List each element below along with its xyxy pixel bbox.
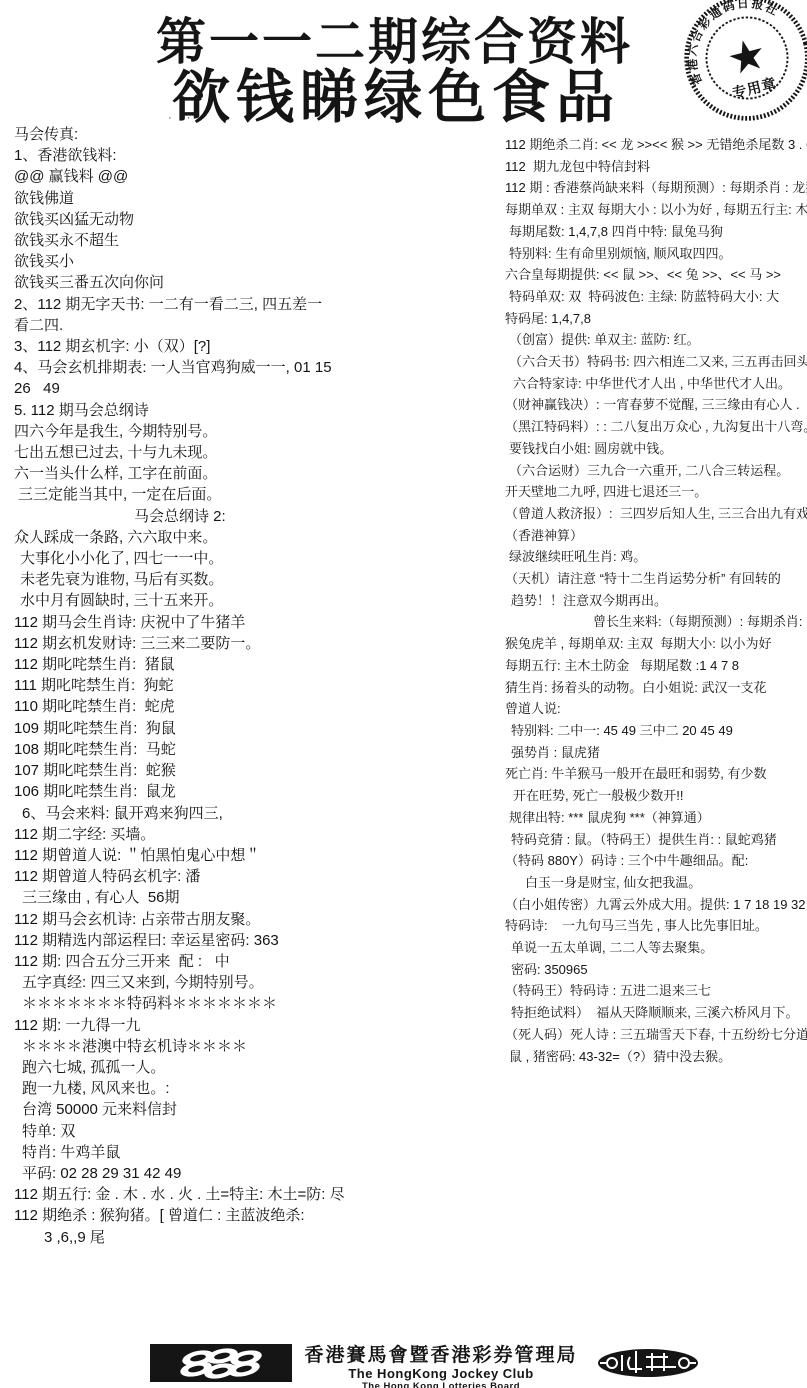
text-line: 111 期叱咤禁生肖: 狗蛇 (14, 675, 496, 696)
text-line: （黑江特码料）: : 二八复出万众心 , 九沟复出十八弯。 (505, 416, 805, 438)
text-line: 3 ,6,,9 尾 (14, 1227, 496, 1248)
text-line: （财神赢钱决）: 一宵春萝不觉醒, 三三缘由有心人 . (505, 394, 805, 416)
text-line: 特码单双: 双 特码波色: 主绿: 防蓝特码大小: 大 (505, 286, 805, 308)
text-line: 108 期叱咤禁生肖: 马蛇 (14, 739, 496, 760)
text-line: 112 期精选内部运程曰: 幸运星密码: 363 (14, 930, 496, 951)
scan-noise-dots: · · (168, 112, 196, 124)
text-line: 112 期绝杀二肖: << 龙 >><< 猴 >> 无错绝杀尾数 3 . 6 (505, 134, 805, 156)
text-line: 特拒绝试料） 福从天降顺顺来, 三溪六桥风月下。 (505, 1002, 805, 1024)
text-line: 欲钱买永不超生 (14, 230, 496, 251)
text-line: 大事化小小化了, 四七一一中。 (14, 548, 496, 569)
text-line: 三三缘由 , 有心人 56期 (14, 887, 496, 908)
text-line: 三三定能当其中, 一定在后面。 (14, 484, 496, 505)
text-line: 1、香港欲钱料: (14, 145, 496, 166)
left-column: 马会传真:1、香港欲钱料:@@ 赢钱料 @@欲钱佛道欲钱买凶猛无动物欲钱买永不超… (14, 124, 496, 1248)
text-line: 112 期五行: 金 . 木 . 水 . 火 . 土=特主: 木土=防: 尽 (14, 1184, 496, 1205)
text-line: 欲钱买凶猛无动物 (14, 209, 496, 230)
text-line: 未老先衰为谁物, 马后有买数。 (14, 569, 496, 590)
text-line: 每期五行: 主木土防金 每期尾数 :1 4 7 8 (505, 655, 805, 677)
text-line: 七出五想已过去, 十与九未现。 (14, 442, 496, 463)
text-line: 112 期曾道人说: ＂怕黑怕鬼心中想＂ (14, 845, 496, 866)
seal-stamp-icon: 香港六合彩通码日报社 ★ 专用章 (678, 0, 807, 124)
text-line: （死人码）死人诗 : 三五瑞雪天下春, 十五纷纷七分道。 (505, 1024, 805, 1046)
text-line: 112 期二字经: 买墙。 (14, 824, 496, 845)
text-line: 台湾 50000 元来料信封 (14, 1099, 496, 1120)
text-line: 欲钱佛道 (14, 188, 496, 209)
text-line: 猴兔虎羊 , 每期单双: 主双 每期大小: 以小为好 (505, 633, 805, 655)
text-line: 112 期 : 香港蔡尚缺来料（每期预测）: 每期杀肖 : 龙猴 (505, 177, 805, 199)
text-line: 112 期九龙包中特信封料 (505, 156, 805, 178)
text-line: 112 期绝杀 : 猴狗猪。[ 曾道仁 : 主蓝波绝杀: (14, 1205, 496, 1226)
text-line: 单说一五太单调, 二二人等去聚集。 (505, 937, 805, 959)
lottery-info-sheet: 第一一二期综合资料 欲钱睇绿色食品 香港六合彩通码日报社 ★ 专用章 · · 马… (0, 0, 807, 1388)
text-line: 跑六七城, 孤孤一人。 (14, 1057, 496, 1078)
text-line: 特别料: 生有命里别烦恼, 顺风取四四。 (505, 243, 805, 265)
text-line: 欲钱买三番五次向你问 (14, 272, 496, 293)
text-line: （六合天书）特码书: 四六相连二又来, 三五再击回头望。 (505, 351, 805, 373)
text-line: （六合运财）三九合一六重开, 二八合三转运程。 (505, 460, 805, 482)
lotteries-board-logo (596, 1347, 700, 1379)
footer-organization-block: 香港賽馬會暨香港彩券管理局 The HongKong Jockey Club T… (296, 1340, 586, 1388)
text-line: （创富）提供: 单双主: 蓝防: 红。 (505, 329, 805, 351)
text-line: 112 期马会玄机诗: 占亲带古朋友聚。 (14, 909, 496, 930)
footer-english-subtitle: The Hong Kong Lotteries Board (296, 1381, 586, 1388)
text-line: 规律出特: *** 鼠虎狗 ***（神算通） (505, 807, 805, 829)
text-line: 平码: 02 28 29 31 42 49 (14, 1163, 496, 1184)
text-line: 马会总纲诗 2: (14, 506, 496, 527)
text-line: 特别料: 二中一: 45 49 三中二 20 45 49 (505, 720, 805, 742)
text-line: 六一当头什么样, 工字在前面。 (14, 463, 496, 484)
text-line: 112 期曾道人特码玄机字: 潘 (14, 866, 496, 887)
text-line: 鼠 , 猪密码: 43-32=（?）猜中没去猴。 (505, 1046, 805, 1068)
text-line: 特码尾: 1,4,7,8 (505, 308, 805, 330)
text-line: 强势肖 : 鼠虎猪 (505, 742, 805, 764)
text-line: （白小姐传密）九霄云外成大用。提供: 1 7 18 19 32 (505, 894, 805, 916)
text-line: ＊＊＊＊港澳中特玄机诗＊＊＊＊ (14, 1036, 496, 1057)
text-line: 趋势！！注意双今期再出。 (505, 590, 805, 612)
text-line: 猜生肖: 扬着头的动物。白小姐说: 武汉一支花 (505, 677, 805, 699)
text-line: 特单: 双 (14, 1121, 496, 1142)
text-line: 绿波继续旺吼生肖: 鸡。 (505, 546, 805, 568)
footer-english-title: The HongKong Jockey Club (296, 1367, 586, 1381)
text-line: 四六今年是我生, 今期特别号。 (14, 421, 496, 442)
text-line: 欲钱买小 (14, 251, 496, 272)
text-line: 马会传真: (14, 124, 496, 145)
text-line: 六合特家诗: 中华世代才人出 , 中华世代才人出。 (505, 373, 805, 395)
text-line: 开天壁地二九呼, 四进七退还三一。 (505, 481, 805, 503)
text-line: 112 期: 四合五分三开来 配 : 中 (14, 951, 496, 972)
right-column: 112 期绝杀二肖: << 龙 >><< 猴 >> 无错绝杀尾数 3 . 611… (505, 134, 805, 1067)
text-line: 特码竞猜 : 鼠。（特码王）提供生肖: : 鼠蛇鸡猪 (505, 829, 805, 851)
text-line: 众人踩成一条路, 六六取中来。 (14, 527, 496, 548)
text-line: 112 期玄机发财诗: 三三来二要防一。 (14, 633, 496, 654)
text-line: （香港神算） (505, 525, 805, 547)
text-line: 特肖: 牛鸡羊鼠 (14, 1142, 496, 1163)
text-line: 每期单双 : 主双 每期大小 : 以小为好 , 每期五行主: 木 (505, 199, 805, 221)
text-line: 曾长生来料:（每期预测）: 每期杀肖: (505, 611, 805, 633)
text-line: 白玉一身是财宝, 仙女把我温。 (505, 872, 805, 894)
text-line: 曾道人说: (505, 698, 805, 720)
text-line: 水中月有圆缺时, 三十五来开。 (14, 590, 496, 611)
text-line: （特码 880Y）码诗 : 三个中牛趣细品。配: (505, 850, 805, 872)
text-line: 107 期叱咤禁生肖: 蛇猴 (14, 760, 496, 781)
footer-chinese-title: 香港賽馬會暨香港彩券管理局 (296, 1340, 586, 1367)
text-line: 跑一九楼, 风风来也。: (14, 1078, 496, 1099)
text-line: 死亡肖: 牛羊猴马一般开在最旺和弱势, 有少数 (505, 763, 805, 785)
text-line: （天机）请注意 “特十二生肖运势分析” 有回转的 (505, 568, 805, 590)
text-line: 3、112 期玄机字: 小（双）[?] (14, 336, 496, 357)
text-line: 4、马会玄机排期表: 一人当官鸡狗威一一, 01 15 (14, 357, 496, 378)
text-line: （曾道人救济报）: 三四岁后知人生, 三三合出九有戏。 (505, 503, 805, 525)
text-line: ＊＊＊＊＊＊＊特码料＊＊＊＊＊＊＊ (14, 993, 496, 1014)
text-line: 开在旺势, 死亡一般极少数开!! (505, 785, 805, 807)
text-line: 110 期叱咤禁生肖: 蛇虎 (14, 696, 496, 717)
text-line: @@ 赢钱料 @@ (14, 166, 496, 187)
text-line: 密码: 350965 (505, 959, 805, 981)
text-line: 要钱找白小姐: 圆房就中钱。 (505, 438, 805, 460)
text-line: 109 期叱咤禁生肖: 狗鼠 (14, 718, 496, 739)
text-line: 六合皇每期提供: << 鼠 >>、<< 兔 >>、<< 马 >> (505, 264, 805, 286)
text-line: 每期尾数: 1,4,7,8 四肖中特: 鼠兔马狗 (505, 221, 805, 243)
text-line: 看二四. (14, 315, 496, 336)
jockey-club-rings-logo (150, 1344, 292, 1382)
text-line: 2、112 期无字天书: 一二有一看二三, 四五差一 (14, 294, 496, 315)
text-line: （特码王）特码诗 : 五进二退来三七 (505, 980, 805, 1002)
text-line: 106 期叱咤禁生肖: 鼠龙 (14, 781, 496, 802)
text-line: 112 期: 一九得一九 (14, 1015, 496, 1036)
text-line: 112 期马会生肖诗: 庆祝中了牛猪羊 (14, 612, 496, 633)
page-subtitle: 欲钱睇绿色食品 (172, 50, 620, 134)
text-line: 5. 112 期马会总纲诗 (14, 400, 496, 421)
text-line: 26 49 (14, 378, 496, 399)
text-line: 112 期叱咤禁生肖: 猪鼠 (14, 654, 496, 675)
text-line: 特码诗: 一九句马三当先 , 事人比先事旧址。 (505, 915, 805, 937)
text-line: 6、马会来料: 鼠开鸡来狗四三, (14, 803, 496, 824)
text-line: 五字真经: 四三又来到, 今期特别号。 (14, 972, 496, 993)
